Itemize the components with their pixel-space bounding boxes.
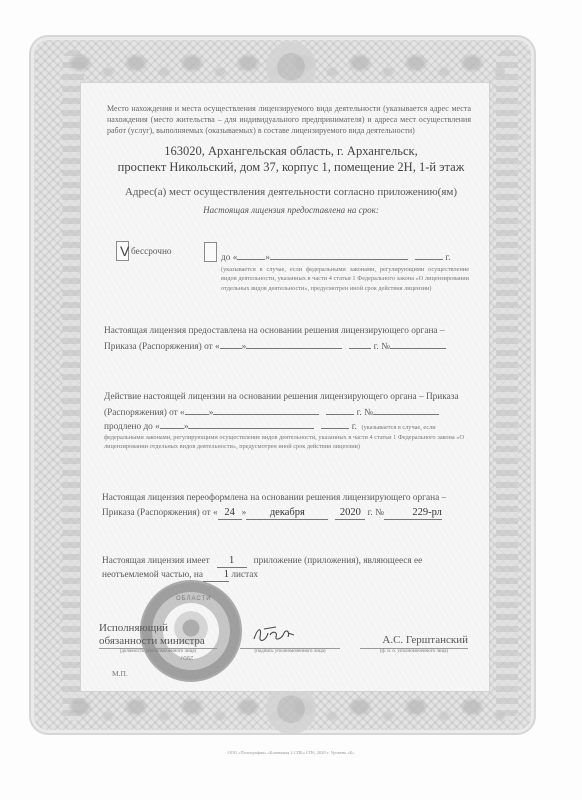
extended-line-1: Действие настоящей лицензии на основании… [104,391,464,404]
extended-until-month-field[interactable] [188,419,314,429]
document-page: Место нахождения и места осуществления л… [0,0,582,800]
reissued-day[interactable]: 24 [218,506,242,520]
reissued-line-1: Настоящая лицензия переоформлена на осно… [102,492,462,505]
until-month-field[interactable] [270,250,408,260]
appendix-line-2: неотъемлемой частью, на1 листах [102,568,464,582]
indefinite-checkbox[interactable]: V [116,241,129,261]
signatory-name: А.С. Герштанский [376,634,468,646]
extended-day-field[interactable] [185,405,209,415]
name-caption: (ф. и. о. уполномоченного лица) [360,647,468,656]
seal-text-top: ОБЛАСТИ [176,596,212,602]
appendix-count[interactable]: 1 [217,554,247,568]
extended-month-field[interactable] [213,405,319,415]
address-line-2: проспект Никольский, дом 37, корпус 1, п… [96,159,486,175]
check-mark-icon: V [120,243,129,259]
reissued-year[interactable]: 2020 [335,506,365,520]
until-date-checkbox[interactable] [204,242,217,262]
addresses-per-appendix: Адрес(а) мест осуществления деятельности… [96,186,486,198]
reissued-number[interactable]: 229-рл [384,506,442,520]
granted-line-1: Настоящая лицензия предоставлена на осно… [104,325,462,338]
reissued-month[interactable]: декабря [246,506,328,520]
until-year-field[interactable] [415,250,443,260]
until-day-field[interactable] [237,250,265,260]
extended-until-year-field[interactable] [321,419,349,429]
printer-footer: ООО «Полиграфия» «Бланковая 2 СПБ» СПб, … [0,750,582,755]
extended-year-field[interactable] [326,405,354,415]
granted-year-field[interactable] [349,339,371,349]
until-date-note: (указывается в случае, если федеральными… [221,265,469,293]
extended-number-field[interactable] [373,405,439,415]
extended-line-2: (Распоряжения) от «» г. № [104,405,464,420]
extended-until-line: продлено до «» г. (указывается в случае,… [104,419,464,434]
signature-caption: (подпись уполномоченного лица) [240,647,340,656]
position-caption: (должность уполномоченного лица) [99,647,217,656]
reissued-line-2: Приказа (Распоряжения) от «24»декабря 20… [102,506,462,520]
indefinite-label: бессрочно [131,246,172,259]
granted-number-field[interactable] [390,339,446,349]
appendix-sheets[interactable]: 1 [203,568,229,582]
extended-until-day-field[interactable] [160,419,184,429]
granted-day-field[interactable] [220,339,242,349]
granted-month-field[interactable] [246,339,342,349]
until-date-line: до «» г. [221,250,469,265]
term-heading: Настоящая лицензия предоставлена на срок… [96,205,486,215]
signature-icon [248,623,298,647]
seal-placement-label: М.П. [112,669,128,678]
appendix-line-1: Настоящая лицензия имеет 1 приложение (п… [102,554,464,568]
location-heading: Место нахождения и места осуществления л… [107,103,471,136]
granted-line-2: Приказа (Распоряжения) от «» г. № [104,339,462,354]
address-line-1: 163020, Архангельская область, г. Арханг… [96,143,486,159]
signatory-position: Исполняющий обязанности министра [99,622,205,648]
extended-note: федеральными законами, регулирующими осу… [104,433,464,452]
